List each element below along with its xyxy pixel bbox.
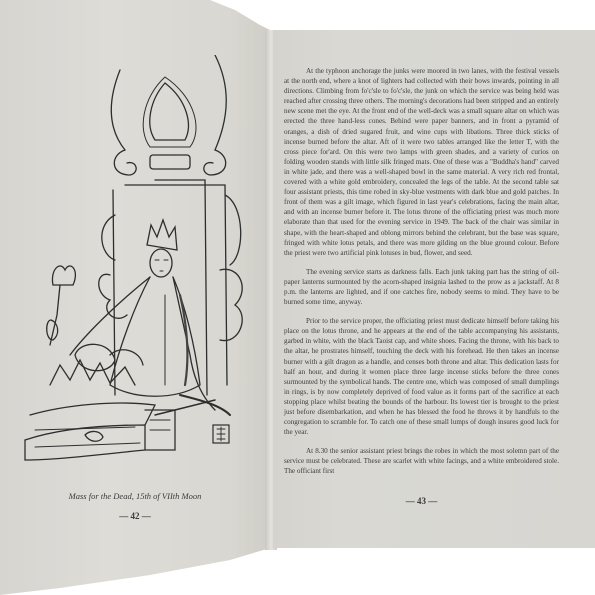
- paragraph: At 8.30 the senior assistant priest brin…: [284, 446, 559, 476]
- body-text: At the typhoon anchorage the junks were …: [284, 66, 559, 486]
- illustration-priest-on-throne: [15, 55, 245, 475]
- paragraph: The evening service starts as darkness f…: [284, 267, 559, 307]
- right-page: At the typhoon anchorage the junks were …: [273, 30, 595, 548]
- left-page: Mass for the Dead, 15th of VIIth Moon — …: [0, 0, 270, 595]
- illustration-caption: Mass for the Dead, 15th of VIIth Moon: [20, 491, 250, 501]
- paragraph: Prior to the service proper, the officia…: [284, 316, 559, 437]
- page-number-right: — 43 —: [284, 496, 559, 506]
- page-number-left: — 42 —: [20, 511, 250, 521]
- paragraph: At the typhoon anchorage the junks were …: [284, 66, 559, 258]
